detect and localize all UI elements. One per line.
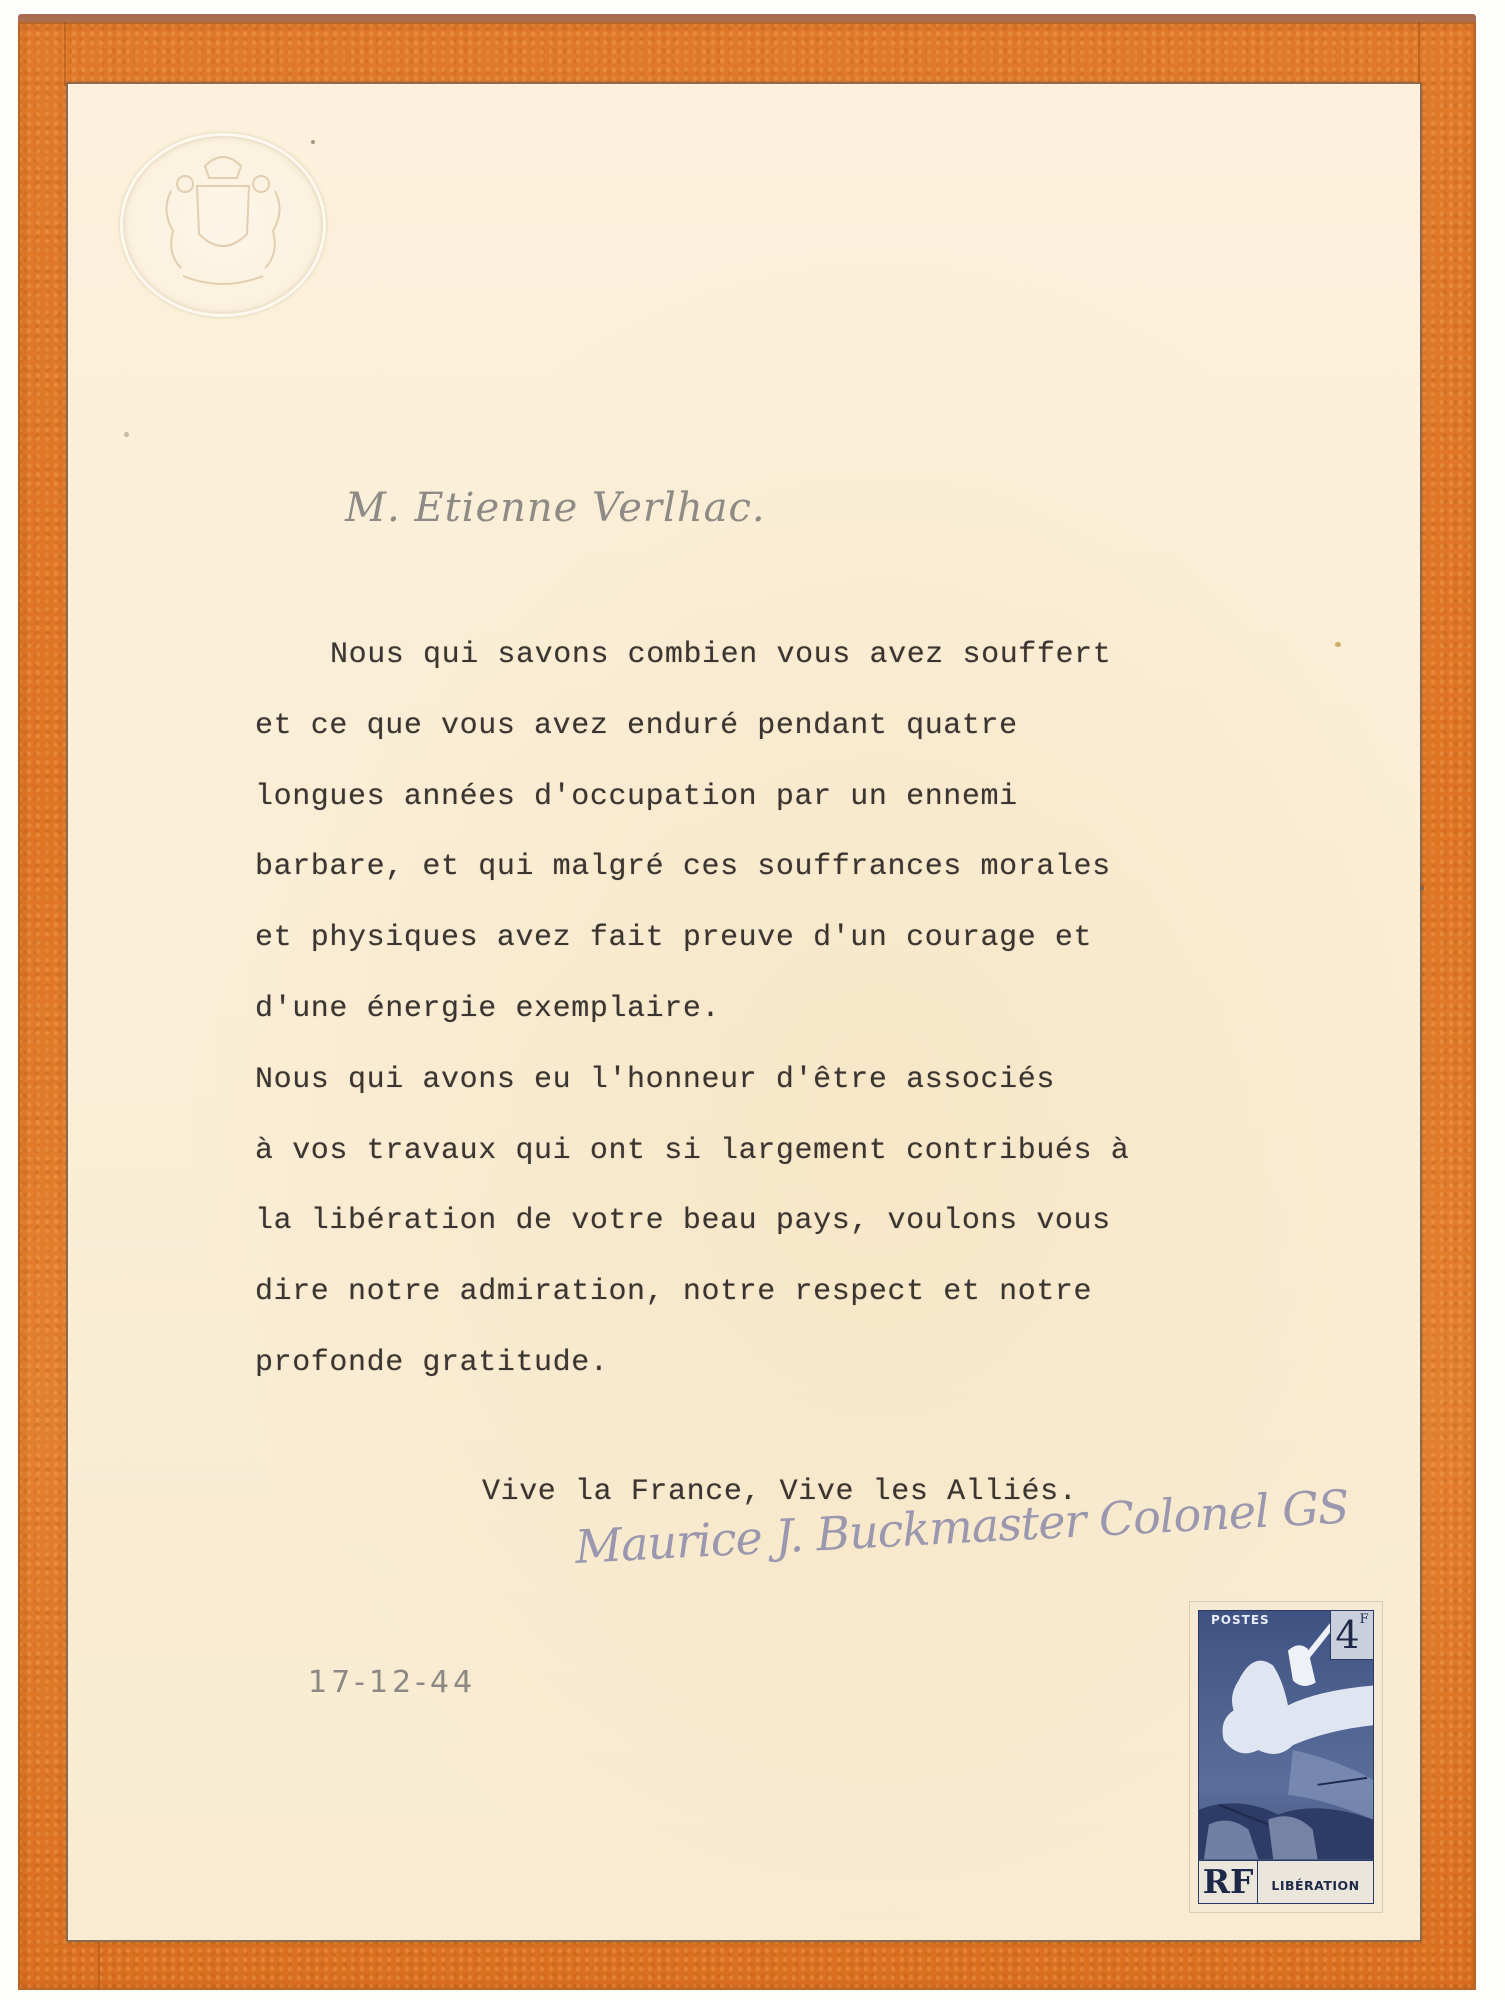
body-line: la libération de votre beau pays, voulon… xyxy=(255,1186,1355,1257)
body-line: dire notre admiration, notre respect et … xyxy=(255,1257,1355,1328)
addressee-handwritten: M. Etienne Verlhac. xyxy=(345,485,766,531)
stamp-value: 4F xyxy=(1330,1611,1373,1660)
body-line: longues années d'occupation par un ennem… xyxy=(255,762,1355,833)
frame-seam-bottom-left xyxy=(98,1940,100,1990)
seal-graphic xyxy=(123,136,323,314)
stamp-bottom-band: RF LIBÉRATION xyxy=(1199,1860,1373,1903)
paper-speck xyxy=(311,140,315,144)
body-line: Nous qui avons eu l'honneur d'être assoc… xyxy=(255,1045,1355,1116)
stamp-value-currency: F xyxy=(1360,1612,1369,1627)
body-line: barbare, et qui malgré ces souffrances m… xyxy=(255,832,1355,903)
body-line: et physiques avez fait preuve d'un coura… xyxy=(255,903,1355,974)
body-line: d'une énergie exemplaire. xyxy=(255,974,1355,1045)
stamp-postes-label: POSTES xyxy=(1211,1613,1270,1627)
stamp-caption: LIBÉRATION xyxy=(1258,1861,1373,1903)
body-line: et ce que vous avez enduré pendant quatr… xyxy=(255,691,1355,762)
stamp-country: RF xyxy=(1199,1861,1258,1903)
stamp-value-number: 4 xyxy=(1335,1613,1359,1657)
date-handwritten: 17-12-44 xyxy=(308,1665,476,1700)
paper-speck xyxy=(1420,885,1424,891)
body-line: Nous qui savons combien vous avez souffe… xyxy=(255,620,1355,691)
embossed-coat-of-arms-icon xyxy=(120,133,326,317)
frame-seam-top-right xyxy=(1418,22,1420,86)
body-line: à vos travaux qui ont si largement contr… xyxy=(255,1116,1355,1187)
paper-speck xyxy=(124,432,129,437)
postage-stamp: POSTES 4F RF LIBÉRATION xyxy=(1190,1602,1382,1912)
frame-seam-top-left xyxy=(64,22,66,86)
body-line: profonde gratitude. xyxy=(255,1328,1355,1399)
stamp-image-area: POSTES 4F RF LIBÉRATION xyxy=(1198,1610,1374,1904)
letter-body: Nous qui savons combien vous avez souffe… xyxy=(255,620,1355,1399)
